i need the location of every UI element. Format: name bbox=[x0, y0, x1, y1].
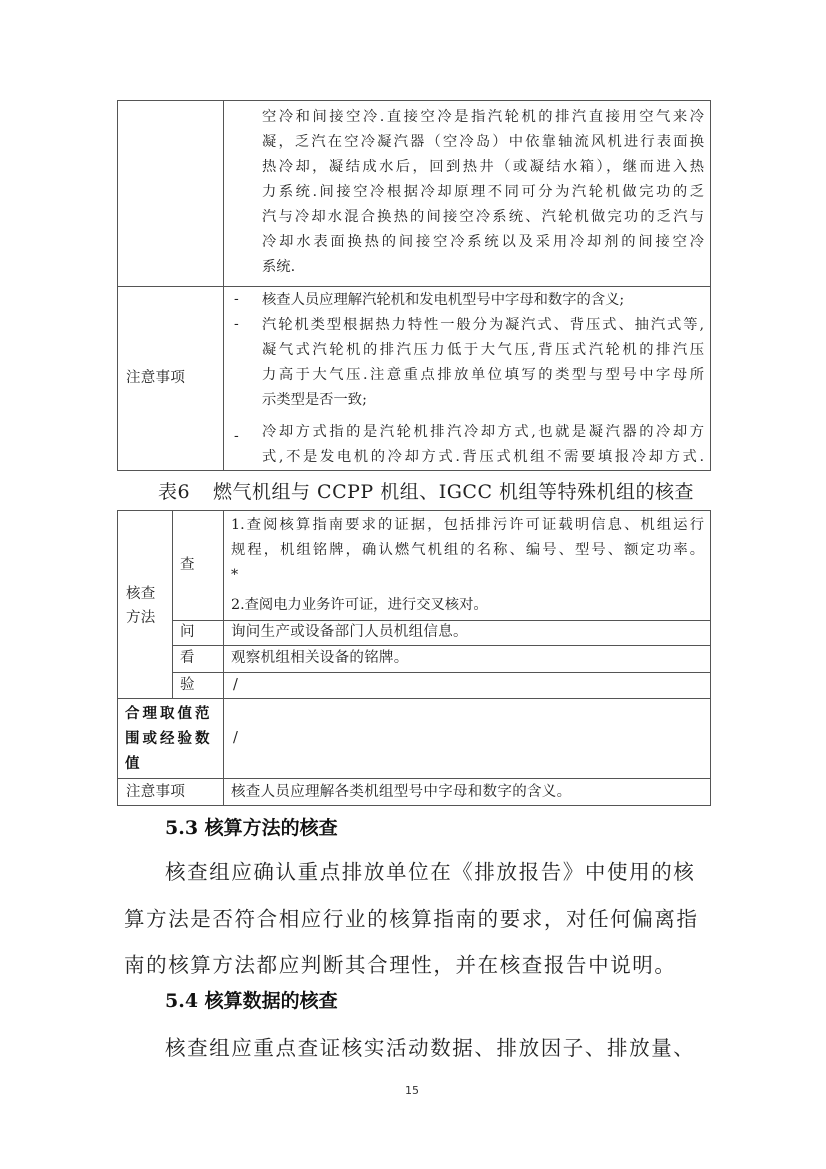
ask-text: 询问生产或设备部门人员机组信息。 bbox=[231, 620, 468, 645]
note-line: 凝气式汽轮机的排汽压力低于大气压,背压式汽轮机的排汽压 bbox=[262, 338, 704, 362]
description-line: 凝，乏汽在空冷凝汽器（空冷岛）中依靠轴流风机进行表面换 bbox=[262, 130, 704, 154]
description-line: 汽与冷却水混合换热的间接空冷系统、汽轮机做完功的乏汽与 bbox=[262, 205, 704, 229]
table-5-notes-label: 注意事项 bbox=[126, 366, 185, 391]
check-line: 规程，机组铭牌，确认燃气机组的名称、编号、型号、额定功率。 bbox=[231, 538, 704, 562]
bullet-dash: - bbox=[234, 291, 239, 307]
table-6-row-divider bbox=[117, 698, 711, 699]
sub-method-label: 问 bbox=[180, 620, 195, 645]
description-line: 系统. bbox=[262, 255, 704, 279]
check-line: 1.查阅核算指南要求的证据，包括排污许可证载明信息、机组运行 bbox=[231, 513, 704, 537]
note-line: 汽轮机类型根据热力特性一般分为凝汽式、背压式、抽汽式等, bbox=[262, 313, 704, 337]
description-line: 冷却水表面换热的间接空冷系统以及采用冷却剂的间接空冷 bbox=[262, 230, 704, 254]
sub-method-label: 看 bbox=[180, 646, 195, 671]
verify-text: / bbox=[233, 673, 238, 698]
section-5-4-heading: 5.4 核算数据的核查 bbox=[165, 986, 338, 1013]
bullet-dash: - bbox=[234, 316, 239, 332]
section-5-4-line: 核查组应重点查证核实活动数据、排放因子、排放量、 bbox=[165, 1031, 695, 1061]
table-6-column-divider bbox=[223, 510, 224, 806]
note-line: 冷却方式指的是汽轮机排汽冷却方式,也就是凝汽器的冷却方 bbox=[262, 420, 704, 444]
section-5-3-line: 核查组应确认重点排放单位在《排放报告》中使用的核 bbox=[165, 855, 695, 885]
section-5-3-heading: 5.3 核算方法的核查 bbox=[165, 813, 338, 840]
range-value: / bbox=[233, 726, 238, 751]
note-line: 核查人员应理解汽轮机和发电机型号中字母和数字的含义; bbox=[262, 288, 704, 312]
table-6-caption-number: 表6 bbox=[158, 477, 190, 504]
method-label: 核查 bbox=[126, 582, 156, 607]
range-label: 值 bbox=[125, 750, 143, 777]
page-number: 15 bbox=[405, 1084, 419, 1097]
table-6-caption-title: 燃气机组与 CCPP 机组、IGCC 机组等特殊机组的核查 bbox=[213, 477, 694, 504]
check-line: * bbox=[231, 563, 704, 587]
section-5-3-line: 算方法是否符合相应行业的核算指南的要求，对任何偏离指 bbox=[124, 902, 699, 932]
bullet-dash: - bbox=[234, 428, 239, 444]
note-line: 式,不是发电机的冷却方式.背压式机组不需要填报冷却方式. bbox=[262, 445, 704, 469]
method-label: 方法 bbox=[126, 606, 156, 631]
notes-value: 核查人员应理解各类机组型号中字母和数字的含义。 bbox=[231, 780, 571, 805]
range-label: 合理取值范 bbox=[125, 700, 213, 727]
note-line: 示类型是否一致; bbox=[262, 388, 704, 412]
check-line: 2.查阅电力业务许可证，进行交叉核对。 bbox=[231, 593, 704, 617]
sub-method-label: 查 bbox=[180, 553, 195, 578]
description-line: 空冷和间接空冷.直接空冷是指汽轮机的排汽直接用空气来冷 bbox=[262, 105, 704, 129]
table-5-row-divider bbox=[117, 286, 711, 287]
section-5-3-line: 南的核算方法都应判断其合理性，并在核查报告中说明。 bbox=[124, 948, 677, 978]
description-line: 力系统.间接空冷根据冷却原理不同可分为汽轮机做完功的乏 bbox=[262, 180, 704, 204]
table-6-subcol-divider bbox=[172, 510, 173, 698]
sub-method-label: 验 bbox=[180, 673, 195, 698]
notes-label: 注意事项 bbox=[126, 780, 185, 805]
note-line: 力高于大气压.注意重点排放单位填写的类型与型号中字母所 bbox=[262, 363, 704, 387]
look-text: 观察机组相关设备的铭牌。 bbox=[231, 646, 409, 671]
description-line: 热冷却，凝结成水后，回到热井（或凝结水箱），继而进入热 bbox=[262, 155, 704, 179]
table-6-row-divider bbox=[172, 672, 711, 673]
range-label: 围或经验数 bbox=[125, 725, 213, 752]
table-6-row-divider bbox=[117, 778, 711, 779]
